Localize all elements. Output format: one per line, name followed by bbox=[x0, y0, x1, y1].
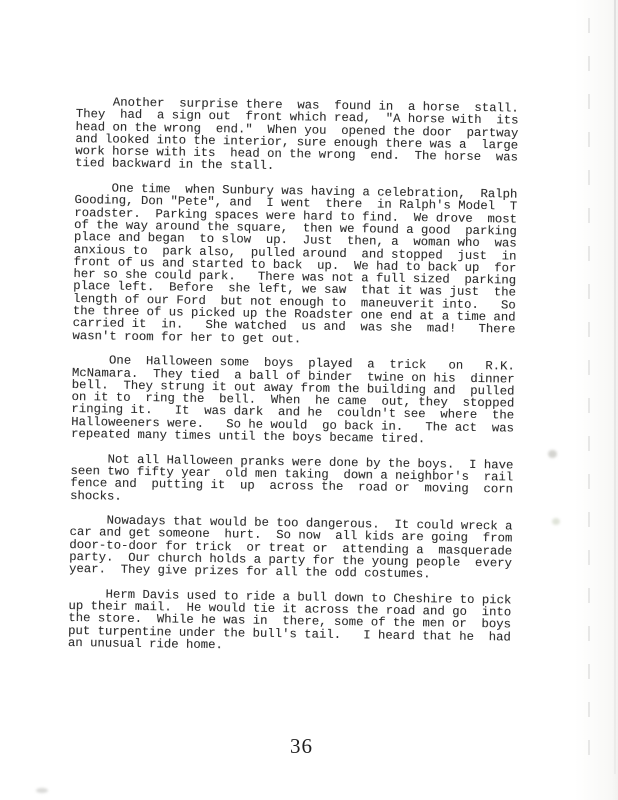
scan-artifact-page-edge bbox=[614, 0, 616, 774]
scan-artifact-smudge bbox=[36, 788, 48, 793]
paragraph-nowadays: Nowadays that would be too dangerous. It… bbox=[69, 514, 530, 582]
paragraph-sunbury-parking: One time when Sunbury was having a celeb… bbox=[72, 182, 534, 349]
page-number: 36 bbox=[290, 734, 313, 759]
paragraph-horse-stall: Another surprise there was found in a ho… bbox=[75, 96, 536, 177]
paragraph-halloween-pranks: Not all Halloween pranks were done by th… bbox=[70, 453, 531, 509]
scan-artifact-smudge bbox=[548, 450, 557, 458]
scan-artifact-smudge bbox=[552, 518, 560, 525]
paragraph-halloween-bell: One Halloween some boys played a trick o… bbox=[71, 354, 532, 447]
scan-artifact-dashed-line bbox=[588, 18, 590, 766]
scanned-page: Another surprise there was found in a ho… bbox=[0, 0, 618, 800]
typewritten-text-block: Another surprise there was found in a ho… bbox=[68, 96, 536, 668]
paragraph-herm-davis-bull: Herm Davis used to ride a bull down to C… bbox=[68, 588, 529, 656]
